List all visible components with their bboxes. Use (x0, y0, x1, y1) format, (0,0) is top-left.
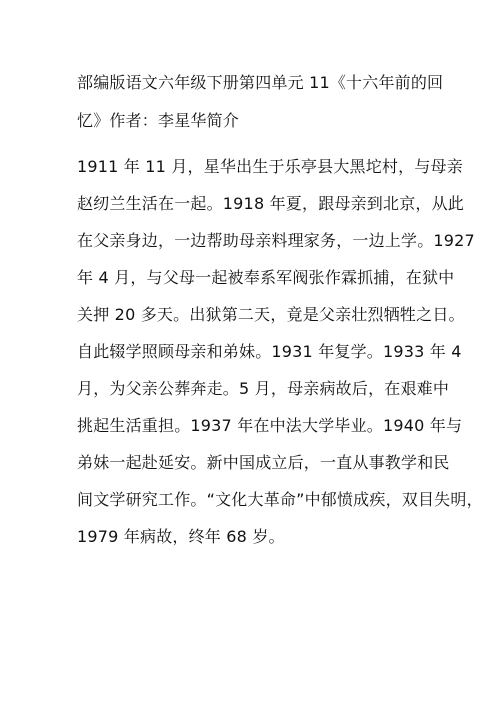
body-line: 1979 年病故，终年 68 岁。 (77, 527, 285, 547)
body-line: 1911 年 11 月，星华出生于乐亭县大黑坨村，与母亲 (77, 157, 463, 177)
body-line: 自此辍学照顾母亲和弟妹。1931 年复学。1933 年 4 (77, 342, 462, 362)
body-line: 月，为父亲公葬奔走。5 月，母亲病故后，在艰难中 (77, 379, 449, 399)
title-line-1: 部编版语文六年级下册第四单元 11《十六年前的回 (77, 73, 443, 93)
body-line: 关押 20 多天。出狱第二天，竟是父亲壮烈牺牲之日。 (77, 305, 465, 325)
body-line: 间文学研究工作。“文化大革命”中郁愤成疾，双目失明， (77, 490, 483, 510)
body-line: 挑起生活重担。1937 年在中法大学毕业。1940 年与 (77, 416, 462, 436)
body-line: 年 4 月，与父母一起被奉系军阀张作霖抓捕，在狱中 (77, 268, 454, 288)
body-line: 在父亲身边，一边帮助母亲料理家务，一边上学。1927 (77, 231, 475, 251)
body-line: 弟妹一起赴延安。新中国成立后，一直从事教学和民 (77, 453, 450, 473)
body-line: 赵纫兰生活在一起。1918 年夏，跟母亲到北京，从此 (77, 194, 464, 214)
title-line-2: 忆》作者：李星华简介 (77, 111, 239, 131)
